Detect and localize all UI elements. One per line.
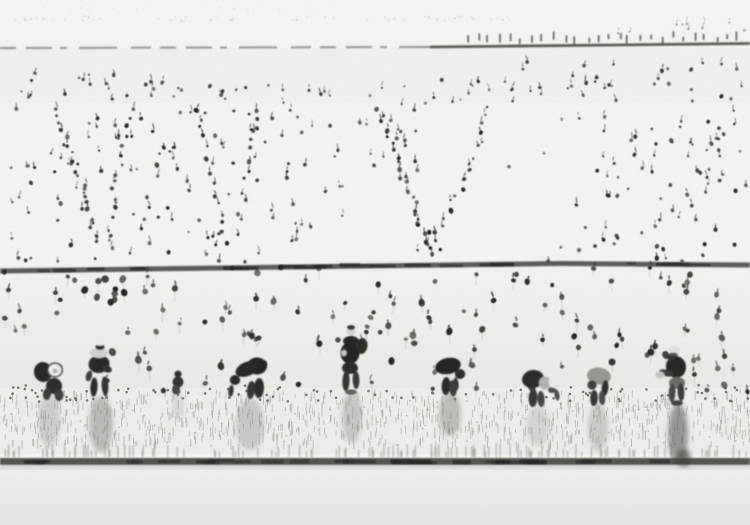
paddy-field-scene [0, 0, 750, 525]
rice-planting-photograph [0, 0, 750, 525]
film-grain [0, 0, 750, 525]
film-grain-overlay [0, 0, 750, 525]
